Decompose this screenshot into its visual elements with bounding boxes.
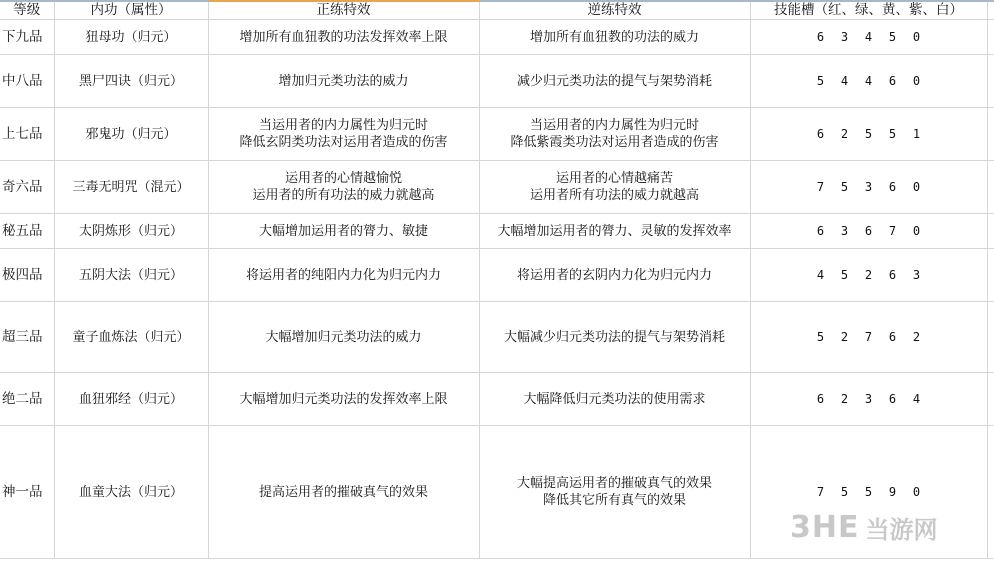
- cell-forward-effect[interactable]: 大幅增加运用者的膂力、敏捷: [208, 214, 479, 249]
- header-row: 等级 内功（属性） 正练特效 逆练特效 技能槽（红、绿、黄、紫、白）: [0, 1, 994, 20]
- cell-skill-slots[interactable]: 75360: [750, 161, 987, 214]
- slot-count: 5: [833, 267, 857, 284]
- cell-skill[interactable]: 血狃邪经（归元）: [54, 373, 208, 426]
- slot-count: 2: [905, 329, 929, 346]
- cell-empty[interactable]: [987, 214, 994, 249]
- cell-reverse-effect[interactable]: 大幅减少归元类功法的提气与架势消耗: [479, 302, 750, 373]
- reverse-effect-line: 当运用者的内力属性为归元时: [480, 117, 750, 134]
- slot-count: 4: [857, 29, 881, 46]
- slot-count: 5: [809, 329, 833, 346]
- header-reverse-effect[interactable]: 逆练特效: [479, 1, 750, 20]
- slot-count: 3: [905, 267, 929, 284]
- cell-skill[interactable]: 太阴炼形（归元）: [54, 214, 208, 249]
- cell-forward-effect[interactable]: 当运用者的内力属性为归元时降低玄阴类功法对运用者造成的伤害: [208, 108, 479, 161]
- forward-effect-line: 大幅增加归元类功法的威力: [209, 329, 479, 346]
- cell-empty[interactable]: [987, 161, 994, 214]
- table-row: 超三品童子血炼法（归元）大幅增加归元类功法的威力大幅减少归元类功法的提气与架势消…: [0, 302, 994, 373]
- cell-empty[interactable]: [987, 373, 994, 426]
- slot-count: 4: [833, 73, 857, 90]
- slot-count: 5: [833, 484, 857, 501]
- cell-forward-effect[interactable]: 增加归元类功法的威力: [208, 55, 479, 108]
- cell-skill-slots[interactable]: 62364: [750, 373, 987, 426]
- table-row: 下九品狃母功（归元）增加所有血狃教的功法发挥效率上限增加所有血狃教的功法的威力6…: [0, 20, 994, 55]
- cell-grade[interactable]: 神一品: [0, 426, 54, 559]
- cell-reverse-effect[interactable]: 大幅降低归元类功法的使用需求: [479, 373, 750, 426]
- header-skill[interactable]: 内功（属性）: [54, 1, 208, 20]
- cell-skill-slots[interactable]: 63450: [750, 20, 987, 55]
- cell-empty[interactable]: [987, 302, 994, 373]
- cell-empty[interactable]: [987, 249, 994, 302]
- forward-effect-line: 增加归元类功法的威力: [209, 73, 479, 90]
- reverse-effect-line: 降低其它所有真气的效果: [480, 492, 750, 509]
- reverse-effect-line: 运用者所有功法的威力就越高: [480, 187, 750, 204]
- slot-count: 2: [833, 391, 857, 408]
- slot-count: 1: [905, 126, 929, 143]
- slot-count: 7: [809, 179, 833, 196]
- cell-forward-effect[interactable]: 大幅增加归元类功法的发挥效率上限: [208, 373, 479, 426]
- slot-count: 6: [881, 267, 905, 284]
- cell-skill[interactable]: 邪鬼功（归元）: [54, 108, 208, 161]
- slot-count: 0: [905, 484, 929, 501]
- cell-grade[interactable]: 下九品: [0, 20, 54, 55]
- slot-count: 6: [881, 73, 905, 90]
- reverse-effect-line: 增加所有血狃教的功法的威力: [480, 29, 750, 46]
- cell-skill-slots[interactable]: 52762: [750, 302, 987, 373]
- slot-count: 5: [881, 29, 905, 46]
- cell-skill-slots[interactable]: 45263: [750, 249, 987, 302]
- slot-count: 0: [905, 73, 929, 90]
- cell-empty[interactable]: [987, 426, 994, 559]
- slot-count: 7: [809, 484, 833, 501]
- cell-skill-slots[interactable]: 75590: [750, 426, 987, 559]
- slot-count: 6: [881, 329, 905, 346]
- slot-count: 5: [833, 179, 857, 196]
- cell-grade[interactable]: 极四品: [0, 249, 54, 302]
- slot-count: 2: [857, 267, 881, 284]
- reverse-effect-line: 大幅降低归元类功法的使用需求: [480, 391, 750, 408]
- cell-reverse-effect[interactable]: 增加所有血狃教的功法的威力: [479, 20, 750, 55]
- cell-skill[interactable]: 狃母功（归元）: [54, 20, 208, 55]
- slot-count: 5: [857, 484, 881, 501]
- slot-count: 3: [857, 179, 881, 196]
- cell-skill[interactable]: 童子血炼法（归元）: [54, 302, 208, 373]
- slot-count: 0: [905, 223, 929, 240]
- slot-count: 6: [809, 126, 833, 143]
- cell-reverse-effect[interactable]: 减少归元类功法的提气与架势消耗: [479, 55, 750, 108]
- slot-count: 0: [905, 179, 929, 196]
- reverse-effect-line: 大幅增加运用者的膂力、灵敏的发挥效率: [480, 223, 750, 240]
- reverse-effect-line: 大幅提高运用者的摧破真气的效果: [480, 475, 750, 492]
- slot-count: 6: [809, 391, 833, 408]
- slot-count: 7: [881, 223, 905, 240]
- slot-count: 6: [857, 223, 881, 240]
- header-skill-slots[interactable]: 技能槽（红、绿、黄、紫、白）: [750, 1, 987, 20]
- cell-forward-effect[interactable]: 大幅增加归元类功法的威力: [208, 302, 479, 373]
- slot-count: 9: [881, 484, 905, 501]
- slot-count: 3: [857, 391, 881, 408]
- cell-forward-effect[interactable]: 增加所有血狃教的功法发挥效率上限: [208, 20, 479, 55]
- slot-count: 4: [857, 73, 881, 90]
- slot-count: 3: [833, 29, 857, 46]
- slot-count: 7: [857, 329, 881, 346]
- slot-count: 0: [905, 29, 929, 46]
- slot-count: 5: [857, 126, 881, 143]
- cell-empty[interactable]: [987, 108, 994, 161]
- slot-count: 6: [809, 223, 833, 240]
- cell-grade[interactable]: 奇六品: [0, 161, 54, 214]
- header-empty-cell[interactable]: [987, 1, 994, 20]
- table-row: 极四品五阴大法（归元）将运用者的纯阳内力化为归元内力将运用者的玄阴内力化为归元内…: [0, 249, 994, 302]
- forward-effect-line: 运用者的所有功法的威力就越高: [209, 187, 479, 204]
- forward-effect-line: 降低玄阴类功法对运用者造成的伤害: [209, 134, 479, 151]
- reverse-effect-line: 将运用者的玄阴内力化为归元内力: [480, 267, 750, 284]
- table-row: 绝二品血狃邪经（归元）大幅增加归元类功法的发挥效率上限大幅降低归元类功法的使用需…: [0, 373, 994, 426]
- cell-skill-slots[interactable]: 62551: [750, 108, 987, 161]
- cell-reverse-effect[interactable]: 大幅提高运用者的摧破真气的效果降低其它所有真气的效果: [479, 426, 750, 559]
- cell-empty[interactable]: [987, 55, 994, 108]
- spreadsheet: 等级 内功（属性） 正练特效 逆练特效 技能槽（红、绿、黄、紫、白） 下九品狃母…: [0, 0, 994, 566]
- cell-skill[interactable]: 五阴大法（归元）: [54, 249, 208, 302]
- header-grade[interactable]: 等级: [0, 1, 54, 20]
- cell-reverse-effect[interactable]: 大幅增加运用者的膂力、灵敏的发挥效率: [479, 214, 750, 249]
- slot-count: 5: [881, 126, 905, 143]
- table-row: 上七品邪鬼功（归元）当运用者的内力属性为归元时降低玄阴类功法对运用者造成的伤害当…: [0, 108, 994, 161]
- slot-count: 3: [833, 223, 857, 240]
- forward-effect-line: 提高运用者的摧破真气的效果: [209, 484, 479, 501]
- forward-effect-line: 大幅增加归元类功法的发挥效率上限: [209, 391, 479, 408]
- forward-effect-line: 将运用者的纯阳内力化为归元内力: [209, 267, 479, 284]
- cell-forward-effect[interactable]: 将运用者的纯阳内力化为归元内力: [208, 249, 479, 302]
- reverse-effect-line: 运用者的心情越痛苦: [480, 170, 750, 187]
- skill-table: 等级 内功（属性） 正练特效 逆练特效 技能槽（红、绿、黄、紫、白） 下九品狃母…: [0, 0, 994, 559]
- slot-count: 5: [809, 73, 833, 90]
- cell-skill[interactable]: 血童大法（归元）: [54, 426, 208, 559]
- cell-reverse-effect[interactable]: 运用者的心情越痛苦运用者所有功法的威力就越高: [479, 161, 750, 214]
- cell-empty[interactable]: [987, 20, 994, 55]
- cell-reverse-effect[interactable]: 当运用者的内力属性为归元时降低紫霞类功法对运用者造成的伤害: [479, 108, 750, 161]
- forward-effect-line: 大幅增加运用者的膂力、敏捷: [209, 223, 479, 240]
- cell-grade[interactable]: 上七品: [0, 108, 54, 161]
- table-row: 秘五品太阴炼形（归元）大幅增加运用者的膂力、敏捷大幅增加运用者的膂力、灵敏的发挥…: [0, 214, 994, 249]
- forward-effect-line: 增加所有血狃教的功法发挥效率上限: [209, 29, 479, 46]
- header-forward-effect[interactable]: 正练特效: [208, 1, 479, 20]
- cell-reverse-effect[interactable]: 将运用者的玄阴内力化为归元内力: [479, 249, 750, 302]
- cell-grade[interactable]: 绝二品: [0, 373, 54, 426]
- cell-grade[interactable]: 秘五品: [0, 214, 54, 249]
- slot-count: 6: [881, 179, 905, 196]
- forward-effect-line: 运用者的心情越愉悦: [209, 170, 479, 187]
- table-row: 中八品黑尸四诀（归元）增加归元类功法的威力减少归元类功法的提气与架势消耗5446…: [0, 55, 994, 108]
- slot-count: 6: [881, 391, 905, 408]
- slot-count: 2: [833, 126, 857, 143]
- cell-skill[interactable]: 黑尸四诀（归元）: [54, 55, 208, 108]
- slot-count: 6: [809, 29, 833, 46]
- table-row: 神一品血童大法（归元）提高运用者的摧破真气的效果大幅提高运用者的摧破真气的效果降…: [0, 426, 994, 559]
- reverse-effect-line: 降低紫霞类功法对运用者造成的伤害: [480, 134, 750, 151]
- cell-grade[interactable]: 超三品: [0, 302, 54, 373]
- cell-skill-slots[interactable]: 54460: [750, 55, 987, 108]
- cell-forward-effect[interactable]: 运用者的心情越愉悦运用者的所有功法的威力就越高: [208, 161, 479, 214]
- slot-count: 4: [905, 391, 929, 408]
- table-row: 奇六品三毒无明咒（混元）运用者的心情越愉悦运用者的所有功法的威力就越高运用者的心…: [0, 161, 994, 214]
- cell-skill[interactable]: 三毒无明咒（混元）: [54, 161, 208, 214]
- reverse-effect-line: 减少归元类功法的提气与架势消耗: [480, 73, 750, 90]
- slot-count: 2: [833, 329, 857, 346]
- slot-count: 4: [809, 267, 833, 284]
- cell-skill-slots[interactable]: 63670: [750, 214, 987, 249]
- forward-effect-line: 当运用者的内力属性为归元时: [209, 117, 479, 134]
- reverse-effect-line: 大幅减少归元类功法的提气与架势消耗: [480, 329, 750, 346]
- cell-grade[interactable]: 中八品: [0, 55, 54, 108]
- cell-forward-effect[interactable]: 提高运用者的摧破真气的效果: [208, 426, 479, 559]
